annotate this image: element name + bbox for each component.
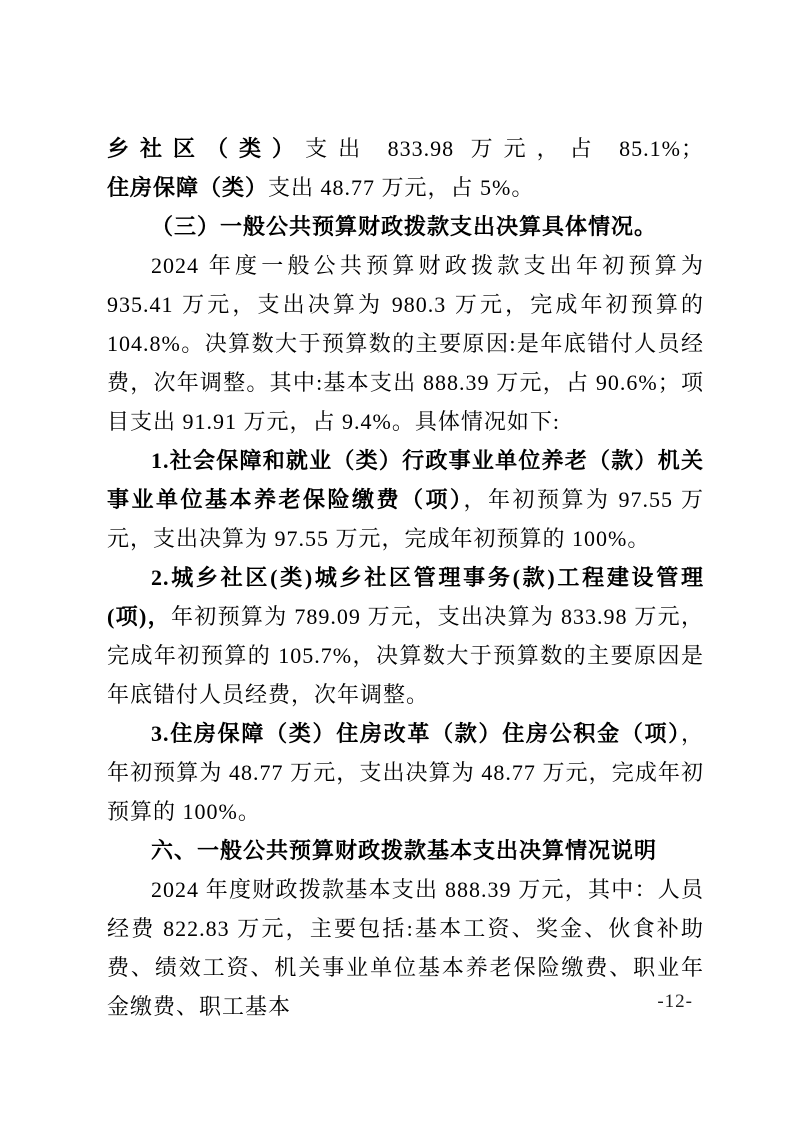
para-overview: 2024 年度一般公共预算财政拨款支出年初预算为 935.41 万元，支出决算为… bbox=[107, 246, 704, 441]
bold-category-urban-rural-community: 乡社区（类） bbox=[107, 136, 305, 161]
document-page: 乡社区（类）支出 833.98 万元，占 85.1%；住房保障（类）支出 48.… bbox=[0, 0, 793, 1122]
text-segment: 支出 833.98 万元，占 85.1%； bbox=[305, 136, 704, 161]
document-body: 乡社区（类）支出 833.98 万元，占 85.1%；住房保障（类）支出 48.… bbox=[107, 129, 704, 1026]
heading-text: 六、一般公共预算财政拨款基本支出决算情况说明 bbox=[151, 838, 657, 863]
heading-text: （三）一般公共预算财政拨款支出决算具体情况。 bbox=[151, 214, 657, 239]
bold-category-housing-security: 住房保障（类） bbox=[107, 175, 268, 200]
para-item-2: 2.城乡社区(类)城乡社区管理事务(款)工程建设管理(项)，年初预算为 789.… bbox=[107, 558, 704, 714]
page-number: -12- bbox=[657, 991, 693, 1013]
heading-section-6: 六、一般公共预算财政拨款基本支出决算情况说明 bbox=[107, 831, 704, 870]
para-carryover: 乡社区（类）支出 833.98 万元，占 85.1%；住房保障（类）支出 48.… bbox=[107, 129, 704, 207]
bold-item-3-title: 3.住房保障（类）住房改革（款）住房公积金（项） bbox=[151, 721, 681, 746]
para-item-1: 1.社会保障和就业（类）行政事业单位养老（款）机关事业单位基本养老保险缴费（项）… bbox=[107, 441, 704, 558]
para-item-3: 3.住房保障（类）住房改革（款）住房公积金（项），年初预算为 48.77 万元，… bbox=[107, 714, 704, 831]
heading-section-3: （三）一般公共预算财政拨款支出决算具体情况。 bbox=[107, 207, 704, 246]
text-segment: 2024 年度财政拨款基本支出 888.39 万元，其中：人员经费 822.83… bbox=[107, 877, 704, 1019]
para-basic-expenditure: 2024 年度财政拨款基本支出 888.39 万元，其中：人员经费 822.83… bbox=[107, 870, 704, 1026]
text-segment: 2024 年度一般公共预算财政拨款支出年初预算为 935.41 万元，支出决算为… bbox=[107, 253, 704, 434]
text-segment: 支出 48.77 万元，占 5%。 bbox=[268, 175, 534, 200]
text-segment: 年初预算为 789.09 万元，支出决算为 833.98 万元，完成年初预算的 … bbox=[107, 604, 704, 707]
